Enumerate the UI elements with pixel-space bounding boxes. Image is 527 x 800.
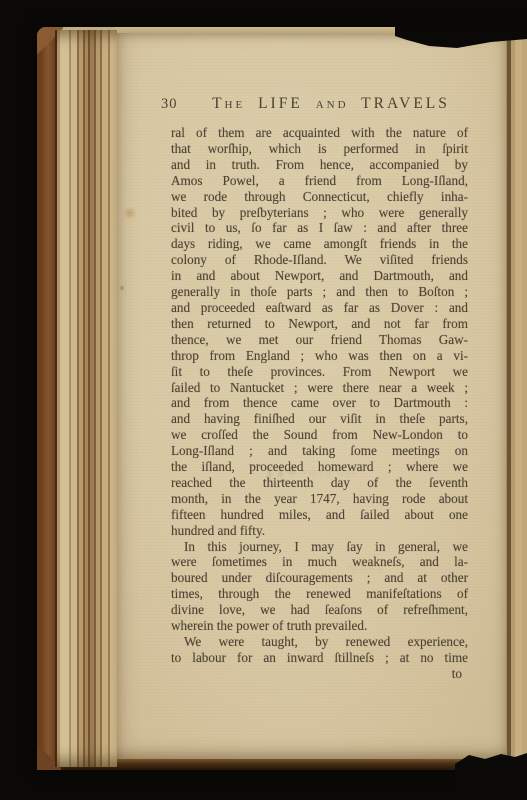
page-edges-stack: [55, 30, 117, 767]
text-line: were ſometimes in much weakneſs, and la-: [171, 554, 468, 570]
book-page: ▌▮�omrn ʟrr ɯnox 30 The LIFE and TRAVELS…: [117, 33, 506, 759]
text-line: generally in thoſe parts ; and then to B…: [171, 284, 468, 300]
text-line: and proceeded eaſtward as far as Dover :…: [171, 300, 468, 316]
photo-background: ▌▮�omrn ʟrr ɯnox 30 The LIFE and TRAVELS…: [0, 0, 527, 800]
running-head: 30 The LIFE and TRAVELS: [161, 95, 467, 117]
text-line: ſit to theſe provinces. From Newport we: [171, 364, 468, 380]
background-bottom-right-edge: [455, 750, 527, 800]
text-line: that worſhip, which is performed in ſpir…: [171, 141, 468, 157]
text-line: hundred and fifty.: [171, 523, 468, 539]
text-line: ral of them are acquainted with the natu…: [171, 125, 468, 141]
catchword: to: [171, 666, 468, 682]
text-line: and having finiſhed our viſit in theſe p…: [171, 411, 468, 427]
page-number: 30: [161, 96, 195, 113]
text-line: and in truth. From hence, accompanied by: [171, 157, 468, 173]
title-word-travels: TRAVELS: [361, 95, 450, 112]
text-line: reached the thirteenth day of the ſevent…: [171, 475, 468, 491]
text-line: we rode through Connecticut, chiefly inh…: [171, 189, 468, 205]
text-line: divine love, we had ſeaſons of refreſhme…: [171, 602, 468, 618]
text-line: civil to us, ſo far as I ſaw : and after…: [171, 220, 468, 236]
text-line: bited by preſbyterians ; who were genera…: [171, 205, 468, 221]
running-title: The LIFE and TRAVELS: [195, 95, 467, 113]
text-line: month, in the year 1747, having rode abo…: [171, 491, 468, 507]
text-line: Amos Powel, a friend from Long-Iſland,: [171, 173, 468, 189]
book-spine-leather: [37, 27, 57, 770]
paper-stain: [119, 285, 125, 291]
text-line: colony of Rhode-Iſland. We viſited frien…: [171, 252, 468, 268]
text-line: times, through the renewed manifeſtation…: [171, 586, 468, 602]
text-line: Long-Iſland ; and taking ſome meetings o…: [171, 443, 468, 459]
text-line: days riding, we came amongſt friends in …: [171, 236, 468, 252]
text-line: throp from England ; who was then on a v…: [171, 348, 468, 364]
paragraph: We were taught, by renewed experience,to…: [171, 634, 468, 666]
text-line: in and about Newport, and Dartmouth, and: [171, 268, 468, 284]
text-block: ral of them are acquainted with the natu…: [171, 125, 468, 682]
paragraph: ral of them are acquainted with the natu…: [171, 125, 468, 539]
text-line: ſailed to Nantucket ; were there near a …: [171, 380, 468, 396]
book-gutter-edge: [505, 29, 527, 765]
text-line: we croſſed the Sound from New-London to: [171, 427, 468, 443]
paper-stain: [123, 207, 137, 219]
text-line: fifteen hundred miles, and ſailed about …: [171, 507, 468, 523]
text-line: We were taught, by renewed experience,: [171, 634, 468, 650]
book: ▌▮�omrn ʟrr ɯnox 30 The LIFE and TRAVELS…: [37, 27, 527, 770]
title-word-and: and: [316, 95, 349, 112]
text-line: then returned to Newport, and not far fr…: [171, 316, 468, 332]
text-line: wherein the power of truth prevailed.: [171, 618, 468, 634]
text-line: thence, we met our friend Thomas Gaw-: [171, 332, 468, 348]
text-line: and from thence came over to Dartmouth :: [171, 395, 468, 411]
paragraph: In this journey, I may ſay in general, w…: [171, 539, 468, 634]
text-line: the iſland, proceeded homeward ; where w…: [171, 459, 468, 475]
title-word-life: LIFE: [258, 95, 303, 112]
text-line: In this journey, I may ſay in general, w…: [171, 539, 468, 555]
text-line: to labour for an inward ſtillneſs ; at n…: [171, 650, 468, 666]
title-word-the: The: [212, 95, 245, 112]
text-line: boured under diſcouragements ; and at ot…: [171, 570, 468, 586]
